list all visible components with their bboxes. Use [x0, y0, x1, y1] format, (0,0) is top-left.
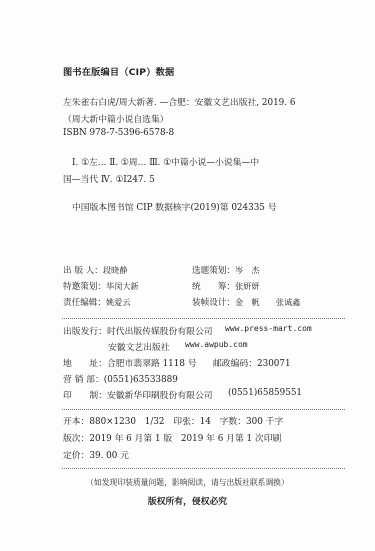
credit-topic-planner: 选题策划：岑 杰 — [192, 264, 260, 276]
distribution-company: 时代出版传媒股份有限公司 — [107, 327, 213, 337]
credit-value: 段晓静 — [103, 265, 128, 275]
cip-heading: 图书在版编目（CIP）数据 — [63, 64, 174, 78]
cip-line-title: 左朱雀右白虎/周大新著. —合肥：安徽文艺出版社, 2019. 6 — [63, 95, 295, 108]
postcode-row: 邮政编码：230071 — [213, 356, 291, 369]
divider-dotted — [62, 468, 345, 469]
cip-line-series: （周大新中篇小说自选集） — [63, 112, 169, 125]
copyright-page: 图书在版编目（CIP）数据 左朱雀右白虎/周大新著. —合肥：安徽文艺出版社, … — [0, 0, 375, 551]
cip-line-isbn: ISBN 978-7-5396-6578-8 — [63, 128, 174, 138]
cip-number: 中国版本图书馆 CIP 数据核字(2019)第 024335 号 — [72, 200, 277, 213]
printer-name: 安徽新华印刷股份有限公司 — [107, 391, 213, 401]
distribution-url[interactable]: www.press-mart.com — [225, 324, 312, 333]
address-label: 地 址： — [63, 359, 107, 369]
press-url[interactable]: www.awpub.com — [185, 340, 248, 349]
copyright-notice: 版权所有，侵权必究 — [0, 494, 375, 507]
quality-notice: （如发现印装质量问题，影响阅读，请与出版社联系调换） — [0, 477, 375, 488]
cip-classification-2: 国—当代 Ⅳ. ①I247. 5 — [63, 172, 155, 185]
address-row: 地 址：合肥市翡翠路 1118 号 — [63, 356, 197, 369]
credit-value: 岑 杰 — [235, 265, 260, 275]
printer-row: 印 制：安徽新华印刷股份有限公司 — [63, 388, 213, 401]
credit-label: 装帧设计： — [192, 298, 235, 308]
credit-label: 选题策划： — [192, 266, 235, 276]
press-name: 安徽文艺出版社 — [108, 340, 170, 353]
divider-dotted — [62, 409, 345, 410]
credit-label: 特邀策划： — [63, 282, 106, 292]
credit-special-planner: 特邀策划：华闵大新 — [63, 280, 139, 292]
postcode-label: 邮政编码： — [213, 359, 257, 369]
spec-edition: 版次：2019 年 6 月第 1 版 2019 年 6 月第 1 次印刷 — [63, 431, 281, 444]
credit-editor: 责任编辑：姚爱云 — [63, 296, 131, 308]
credit-value: 金 帆 张诚鑫 — [235, 297, 301, 307]
credit-coordinator: 统 筹：张妍妍 — [192, 280, 260, 292]
spec-format: 开本：880×1230 1/32 印张：14 字数：300 千字 — [63, 414, 283, 427]
printer-label: 印 制： — [63, 391, 107, 401]
marketing-row: 营 销 部：(0551)63533889 — [63, 372, 178, 385]
spec-price: 定价：39. 00 元 — [63, 448, 129, 461]
marketing-label: 营 销 部： — [63, 375, 104, 385]
printer-phone: (0551)65859551 — [228, 388, 302, 398]
credit-label: 出 版 人： — [63, 266, 103, 276]
cip-classification-1: Ⅰ. ①左… Ⅱ. ①周… Ⅲ. ①中篇小说—小说集—中 — [72, 155, 259, 168]
credit-value: 张妍妍 — [235, 281, 260, 291]
postcode-value: 230071 — [257, 359, 291, 369]
credit-design: 装帧设计：金 帆 张诚鑫 — [192, 296, 301, 308]
credit-label: 统 筹： — [192, 282, 235, 292]
divider-dotted — [62, 318, 345, 319]
credit-publisher: 出 版 人：段晓静 — [63, 264, 127, 276]
credit-value: 姚爱云 — [106, 297, 131, 307]
distribution-row: 出版发行：时代出版传媒股份有限公司 — [63, 324, 213, 337]
marketing-phone: (0551)63533889 — [104, 375, 178, 385]
credit-value: 华闵大新 — [106, 281, 139, 291]
credit-label: 责任编辑： — [63, 298, 106, 308]
address-value: 合肥市翡翠路 1118 号 — [107, 359, 197, 369]
distribution-label: 出版发行： — [63, 327, 107, 337]
